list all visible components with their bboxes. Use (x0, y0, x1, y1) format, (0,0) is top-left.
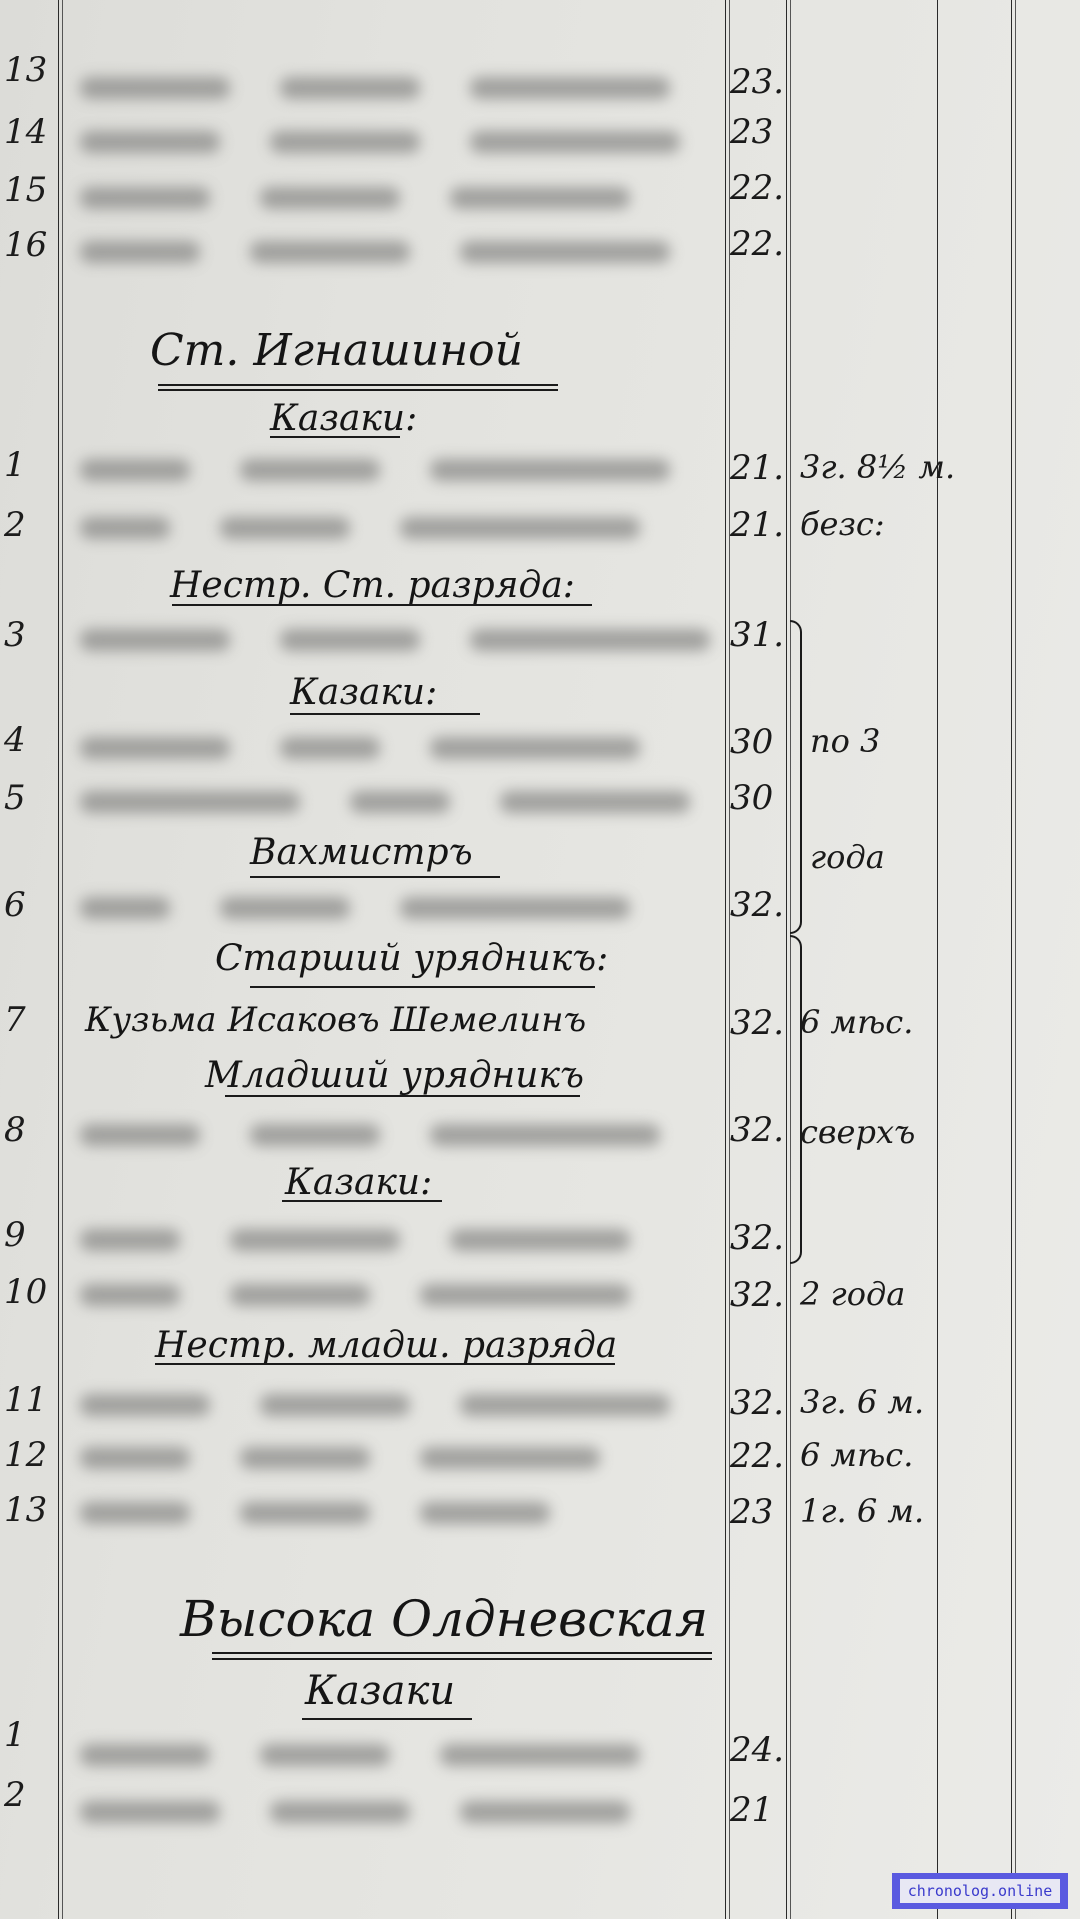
service-term: 3г. 8½ м. (800, 448, 955, 486)
last-col-rule (1011, 0, 1012, 1919)
service-term: 6 мѣс. (800, 1003, 913, 1041)
grouping-brace (790, 935, 802, 1264)
row-number: 16 (4, 225, 52, 265)
age-value: 31. (730, 615, 784, 655)
group-underline (302, 1718, 472, 1720)
row-number: 3 (4, 615, 52, 655)
row-number: 10 (4, 1272, 52, 1312)
margin-rule-inner (62, 0, 63, 1919)
blurred-name (80, 450, 720, 490)
row-number: 1 (4, 1715, 52, 1755)
blurred-name (80, 1220, 720, 1260)
section-heading: Высока Олдневская (180, 1590, 708, 1648)
group-underline (250, 986, 595, 988)
group-label: Казаки: (270, 398, 417, 439)
blurred-name (80, 1735, 720, 1775)
margin-rule-outer (58, 0, 59, 1919)
group-underline (225, 1095, 580, 1097)
row-number: 9 (4, 1215, 52, 1255)
service-term: безс: (800, 505, 885, 543)
grouping-brace (790, 620, 802, 934)
group-label: Вахмистръ (250, 832, 473, 873)
blurred-name (80, 1275, 720, 1315)
blurred-name (80, 620, 720, 660)
row-number: 14 (4, 112, 52, 152)
age-value: 23. (730, 62, 784, 102)
blurred-name (80, 122, 720, 162)
row-number: 1 (4, 445, 52, 485)
blurred-name (80, 1792, 720, 1832)
section-heading: Ст. Игнашиной (150, 325, 523, 376)
service-term: сверхъ (800, 1113, 915, 1151)
blurred-name (80, 1438, 720, 1478)
blurred-name (80, 888, 720, 928)
age-value: 22. (730, 224, 784, 264)
heading-underline (212, 1658, 712, 1660)
service-term: 1г. 6 м. (800, 1492, 924, 1530)
row-number: 2 (4, 1775, 52, 1815)
row-number: 4 (4, 720, 52, 760)
age-value: 22. (730, 168, 784, 208)
row-7-name: Кузьма Исаковъ Шемелинъ (85, 1000, 586, 1040)
row-number: 8 (4, 1110, 52, 1150)
age-value: 30 (730, 722, 773, 762)
blurred-name (80, 728, 720, 768)
group-label: Казаки: (290, 672, 437, 713)
row-number: 7 (4, 1000, 52, 1040)
age-col-rule-right (786, 0, 787, 1919)
blurred-name (80, 232, 720, 272)
service-term: 3г. 6 м. (800, 1383, 924, 1421)
blurred-name (80, 1385, 720, 1425)
group-label: Нестр. Ст. разряда: (170, 565, 575, 606)
age-value: 21 (730, 1790, 773, 1830)
group-label: Казаки: (285, 1162, 432, 1203)
age-value: 21. (730, 505, 784, 545)
last-col-rule-2 (1015, 0, 1016, 1919)
age-value: 32. (730, 1003, 784, 1043)
service-term: года (810, 838, 885, 876)
blurred-name (80, 178, 720, 218)
age-value: 32. (730, 1383, 784, 1423)
heading-underline (212, 1652, 712, 1654)
row-number: 13 (4, 50, 52, 90)
heading-underline (158, 389, 558, 391)
row-number: 5 (4, 778, 52, 818)
row-number: 13 (4, 1490, 52, 1530)
group-label: Старший урядникъ: (215, 938, 608, 979)
age-col-rule-left (725, 0, 726, 1919)
blurred-name (80, 508, 720, 548)
group-underline (270, 436, 400, 438)
blurred-name (80, 68, 720, 108)
age-value: 23 (730, 112, 773, 152)
note-col-rule-right (937, 0, 938, 1919)
row-number: 12 (4, 1435, 52, 1475)
age-value: 24. (730, 1730, 784, 1770)
row-number: 11 (4, 1380, 52, 1420)
age-value: 30 (730, 778, 773, 818)
age-value: 32. (730, 1275, 784, 1315)
blurred-name (80, 1493, 720, 1533)
blurred-name (80, 782, 720, 822)
row-number: 15 (4, 170, 52, 210)
row-number: 2 (4, 505, 52, 545)
age-value: 32. (730, 1110, 784, 1150)
row-number: 6 (4, 885, 52, 925)
group-label: Казаки (305, 1668, 455, 1714)
service-term: по 3 (810, 722, 880, 760)
group-label: Младший урядникъ (205, 1055, 584, 1096)
watermark-badge: chronolog.online (892, 1873, 1068, 1909)
group-underline (282, 1200, 442, 1202)
service-term: 6 мѣс. (800, 1436, 913, 1474)
age-value: 23 (730, 1492, 773, 1532)
group-underline (290, 713, 480, 715)
group-underline (172, 604, 592, 606)
service-term: 2 года (800, 1275, 905, 1313)
age-col-rule-left-2 (729, 0, 730, 1919)
age-value: 32. (730, 885, 784, 925)
age-value: 32. (730, 1218, 784, 1258)
group-label: Нестр. младш. разряда (155, 1325, 617, 1366)
blurred-name (80, 1115, 720, 1155)
watermark-text: chronolog.online (900, 1879, 1061, 1903)
age-value: 21. (730, 448, 784, 488)
heading-underline (158, 384, 558, 386)
group-underline (155, 1363, 615, 1365)
group-underline (250, 876, 500, 878)
age-value: 22. (730, 1436, 784, 1476)
